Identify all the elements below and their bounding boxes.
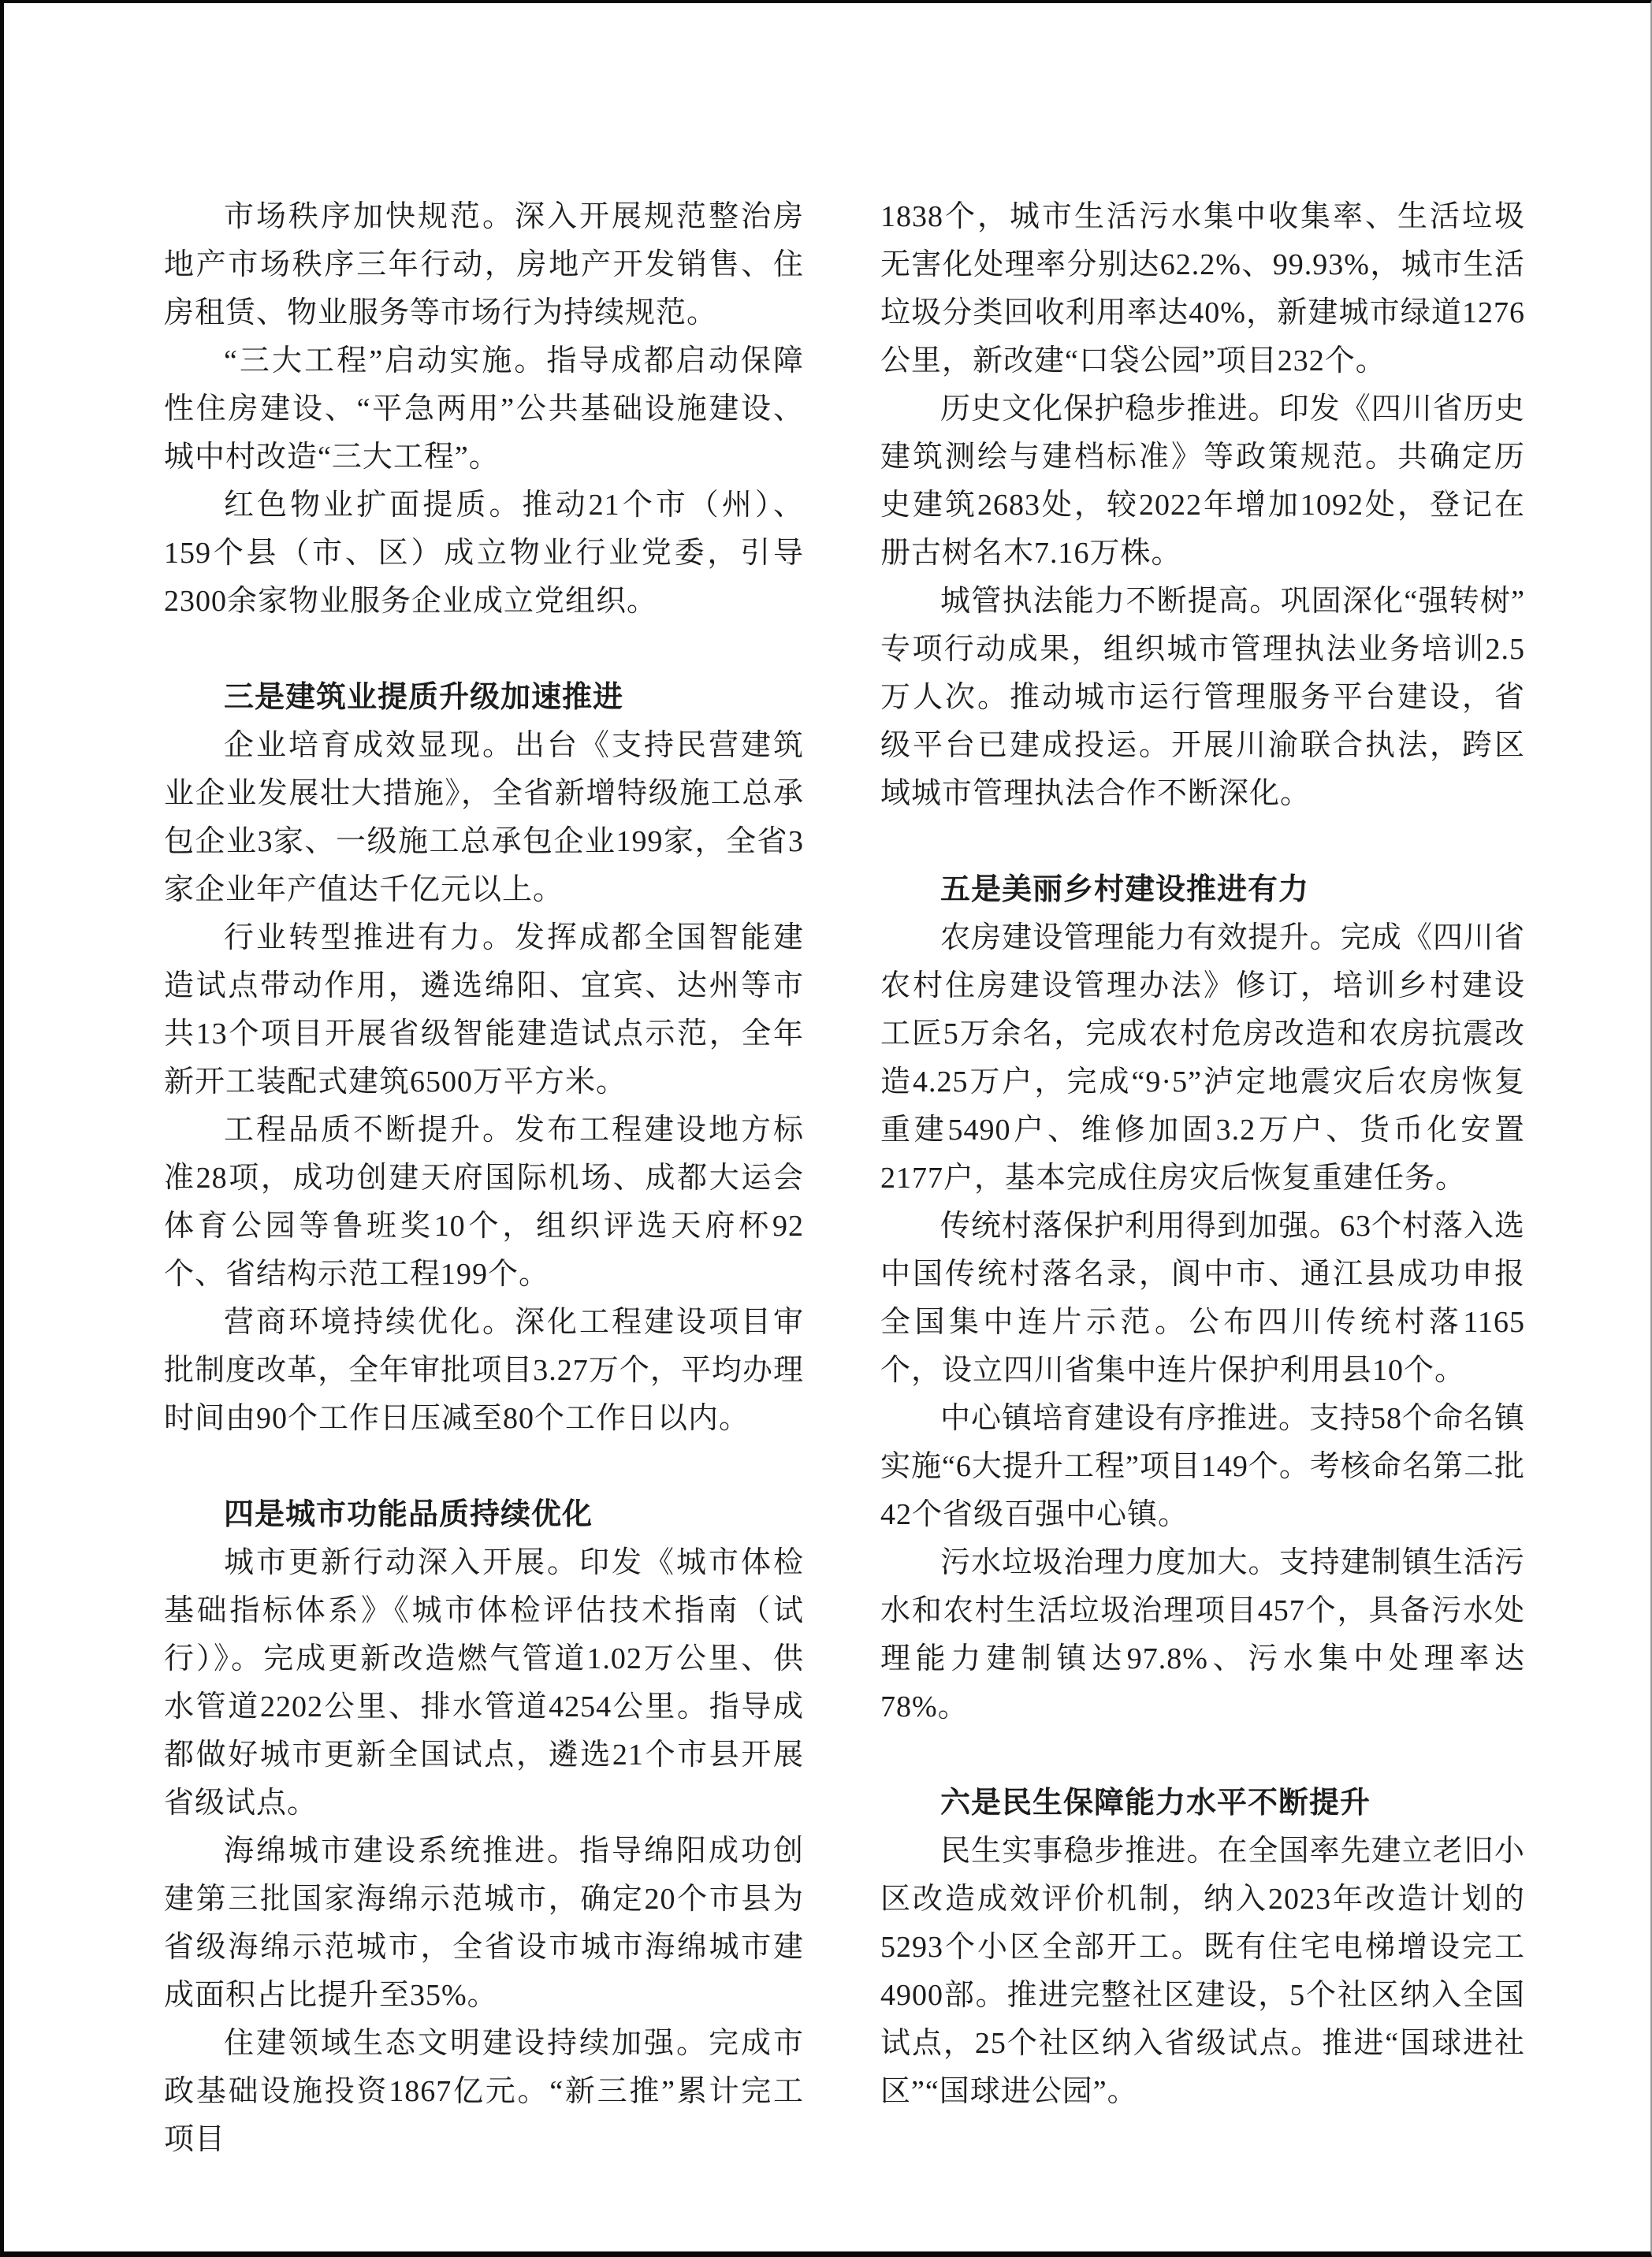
body-paragraph: 1838个，城市生活污水集中收集率、生活垃圾无害化处理率分别达62.2%、99.… [880,193,1525,385]
body-paragraph: 营商环境持续优化。深化工程建设项目审批制度改革，全年审批项目3.27万个，平均办… [164,1299,804,1443]
body-paragraph: 农房建设管理能力有效提升。完成《四川省农村住房建设管理办法》修订，培训乡村建设工… [880,914,1525,1203]
body-paragraph: 民生实事稳步推进。在全国率先建立老旧小区改造成效评价机制，纳入2023年改造计划… [880,1828,1525,2116]
body-paragraph: 传统村落保护利用得到加强。63个村落入选中国传统村落名录，阆中市、通江县成功申报… [880,1203,1525,1395]
body-paragraph: 住建领域生态文明建设持续加强。完成市政基础设施投资1867亿元。“新三推”累计完… [164,2020,804,2164]
body-paragraph: 历史文化保护稳步推进。印发《四川省历史建筑测绘与建档标准》等政策规范。共确定历史… [880,385,1525,578]
section-heading: 四是城市功能品质持续优化 [164,1491,804,1539]
body-paragraph: 企业培育成效显现。出台《支持民营建筑业企业发展壮大措施》，全省新增特级施工总承包… [164,722,804,914]
body-paragraph: “三大工程”启动实施。指导成都启动保障性住房建设、“平急两用”公共基础设施建设、… [164,337,804,482]
right-text-column: 1838个，城市生活污水集中收集率、生活垃圾无害化处理率分别达62.2%、99.… [880,193,1525,2116]
body-paragraph: 城市更新行动深入开展。印发《城市体检基础指标体系》《城市体检评估技术指南（试行）… [164,1539,804,1828]
left-text-column: 市场秩序加快规范。深入开展规范整治房地产市场秩序三年行动，房地产开发销售、住房租… [164,193,804,2164]
section-heading: 五是美丽乡村建设推进有力 [880,866,1525,914]
body-paragraph: 红色物业扩面提质。推动21个市（州）、159个县（市、区）成立物业行业党委，引导… [164,482,804,626]
body-paragraph: 污水垃圾治理力度加大。支持建制镇生活污水和农村生活垃圾治理项目457个，具备污水… [880,1539,1525,1731]
body-paragraph: 中心镇培育建设有序推进。支持58个命名镇实施“6大提升工程”项目149个。考核命… [880,1395,1525,1539]
section-heading: 三是建筑业提质升级加速推进 [164,674,804,722]
body-paragraph: 海绵城市建设系统推进。指导绵阳成功创建第三批国家海绵示范城市，确定20个市县为省… [164,1828,804,2020]
body-paragraph: 工程品质不断提升。发布工程建设地方标准28项，成功创建天府国际机场、成都大运会体… [164,1106,804,1299]
document-page: 市场秩序加快规范。深入开展规范整治房地产市场秩序三年行动，房地产开发销售、住房租… [0,0,1652,2257]
body-paragraph: 城管执法能力不断提高。巩固深化“强转树”专项行动成果，组织城市管理执法业务培训2… [880,578,1525,818]
body-paragraph: 市场秩序加快规范。深入开展规范整治房地产市场秩序三年行动，房地产开发销售、住房租… [164,193,804,337]
body-paragraph: 行业转型推进有力。发挥成都全国智能建造试点带动作用，遴选绵阳、宜宾、达州等市共1… [164,914,804,1106]
section-heading: 六是民生保障能力水平不断提升 [880,1779,1525,1828]
